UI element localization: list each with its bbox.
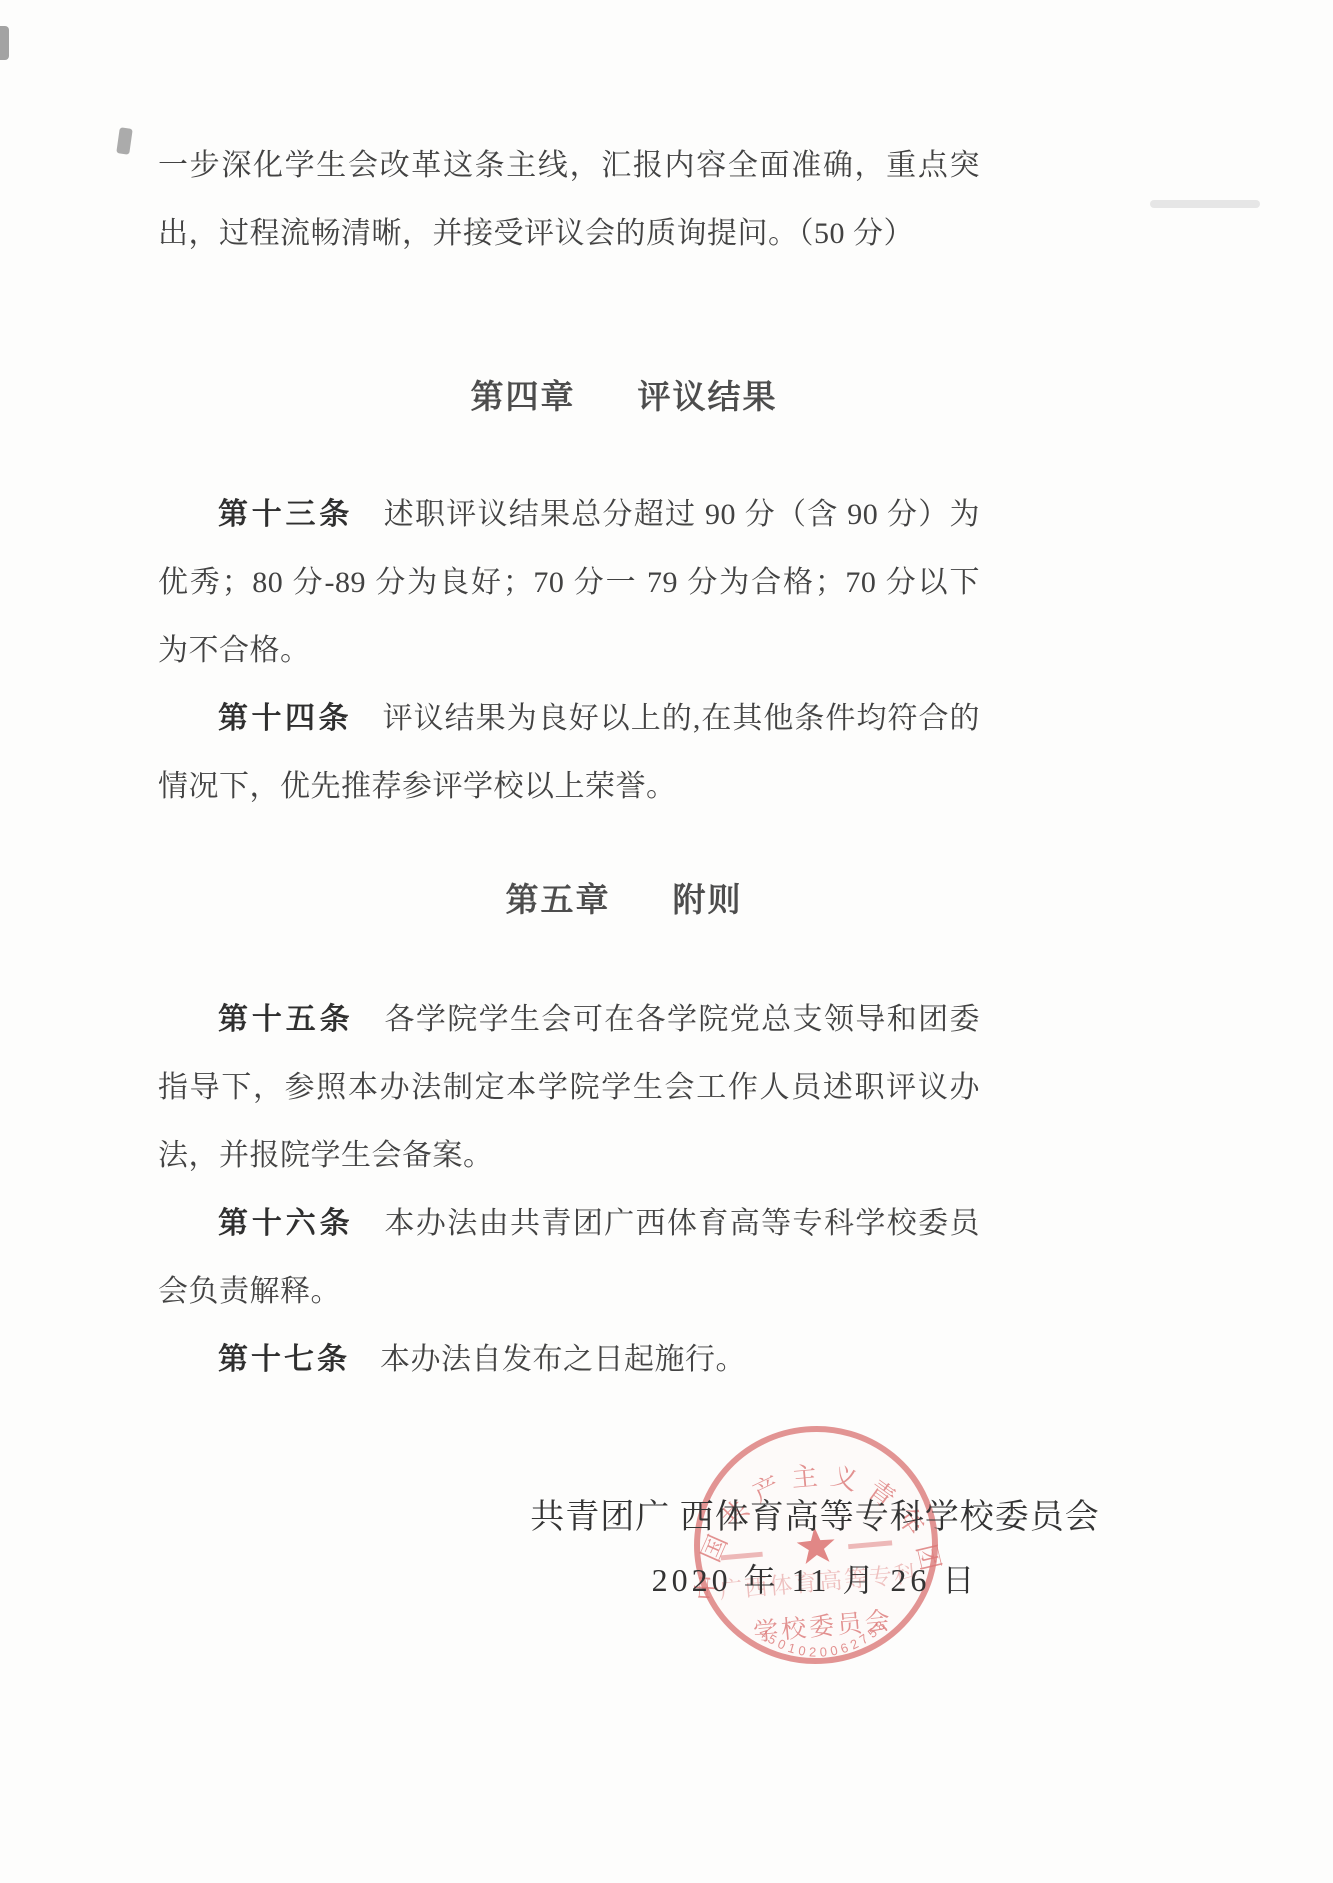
chapter-4-heading: 第四章评议结果 <box>213 363 1035 431</box>
scan-artifact-streak <box>1150 200 1260 208</box>
text-column: 一步深化学生会改革这条主线，汇报内容全面准确，重点突出，过程流畅清晰，并接受评议… <box>158 132 980 1394</box>
chapter-5-heading: 第五章附则 <box>213 866 1035 934</box>
article-17-paragraph: 第十七条本办法自发布之日起施行。 <box>158 1326 980 1394</box>
article-16-label: 第十六条 <box>218 1207 354 1240</box>
article-15-paragraph: 第十五条各学院学生会可在各学院党总支领导和团委指导下，参照本办法制定本学院学生会… <box>158 986 980 1190</box>
chapter-5-title: 附则 <box>673 881 743 918</box>
official-seal: 中国共产主义青年团 广西体育高等专科 学校委员会 4501020062758 <box>680 1412 952 1677</box>
article-13-label: 第十三条 <box>218 498 353 531</box>
scan-artifact-edge <box>0 26 9 60</box>
article-17-label: 第十七条 <box>218 1343 350 1376</box>
article-17-text: 本办法自发布之日起施行。 <box>380 1343 746 1376</box>
scanned-document-page: 一步深化学生会改革这条主线，汇报内容全面准确，重点突出，过程流畅清晰，并接受评议… <box>0 0 1333 1883</box>
article-13-paragraph: 第十三条述职评议结果总分超过 90 分（含 90 分）为优秀；80 分-89 分… <box>158 481 980 685</box>
seal-graphic: 中国共产主义青年团 广西体育高等专科 学校委员会 4501020062758 <box>680 1412 952 1677</box>
article-14-paragraph: 第十四条评议结果为良好以上的,在其他条件均符合的情况下，优先推荐参评学校以上荣誉… <box>158 685 980 821</box>
paragraph-continuation: 一步深化学生会改革这条主线，汇报内容全面准确，重点突出，过程流畅清晰，并接受评议… <box>158 132 980 268</box>
chapter-4-title: 评议结果 <box>638 378 778 415</box>
scan-artifact-mark <box>116 127 132 155</box>
article-16-paragraph: 第十六条本办法由共青团广西体育高等专科学校委员会负责解释。 <box>158 1190 980 1326</box>
chapter-4-number: 第四章 <box>471 378 576 415</box>
article-14-label: 第十四条 <box>218 702 352 735</box>
signature-organization: 共青团广 西体育高等专科学校委员会 <box>297 1496 1333 1540</box>
signature-date: 2020 年 11 月 26 日 <box>297 1560 1333 1600</box>
article-15-label: 第十五条 <box>218 1003 354 1036</box>
chapter-5-number: 第五章 <box>506 881 611 918</box>
